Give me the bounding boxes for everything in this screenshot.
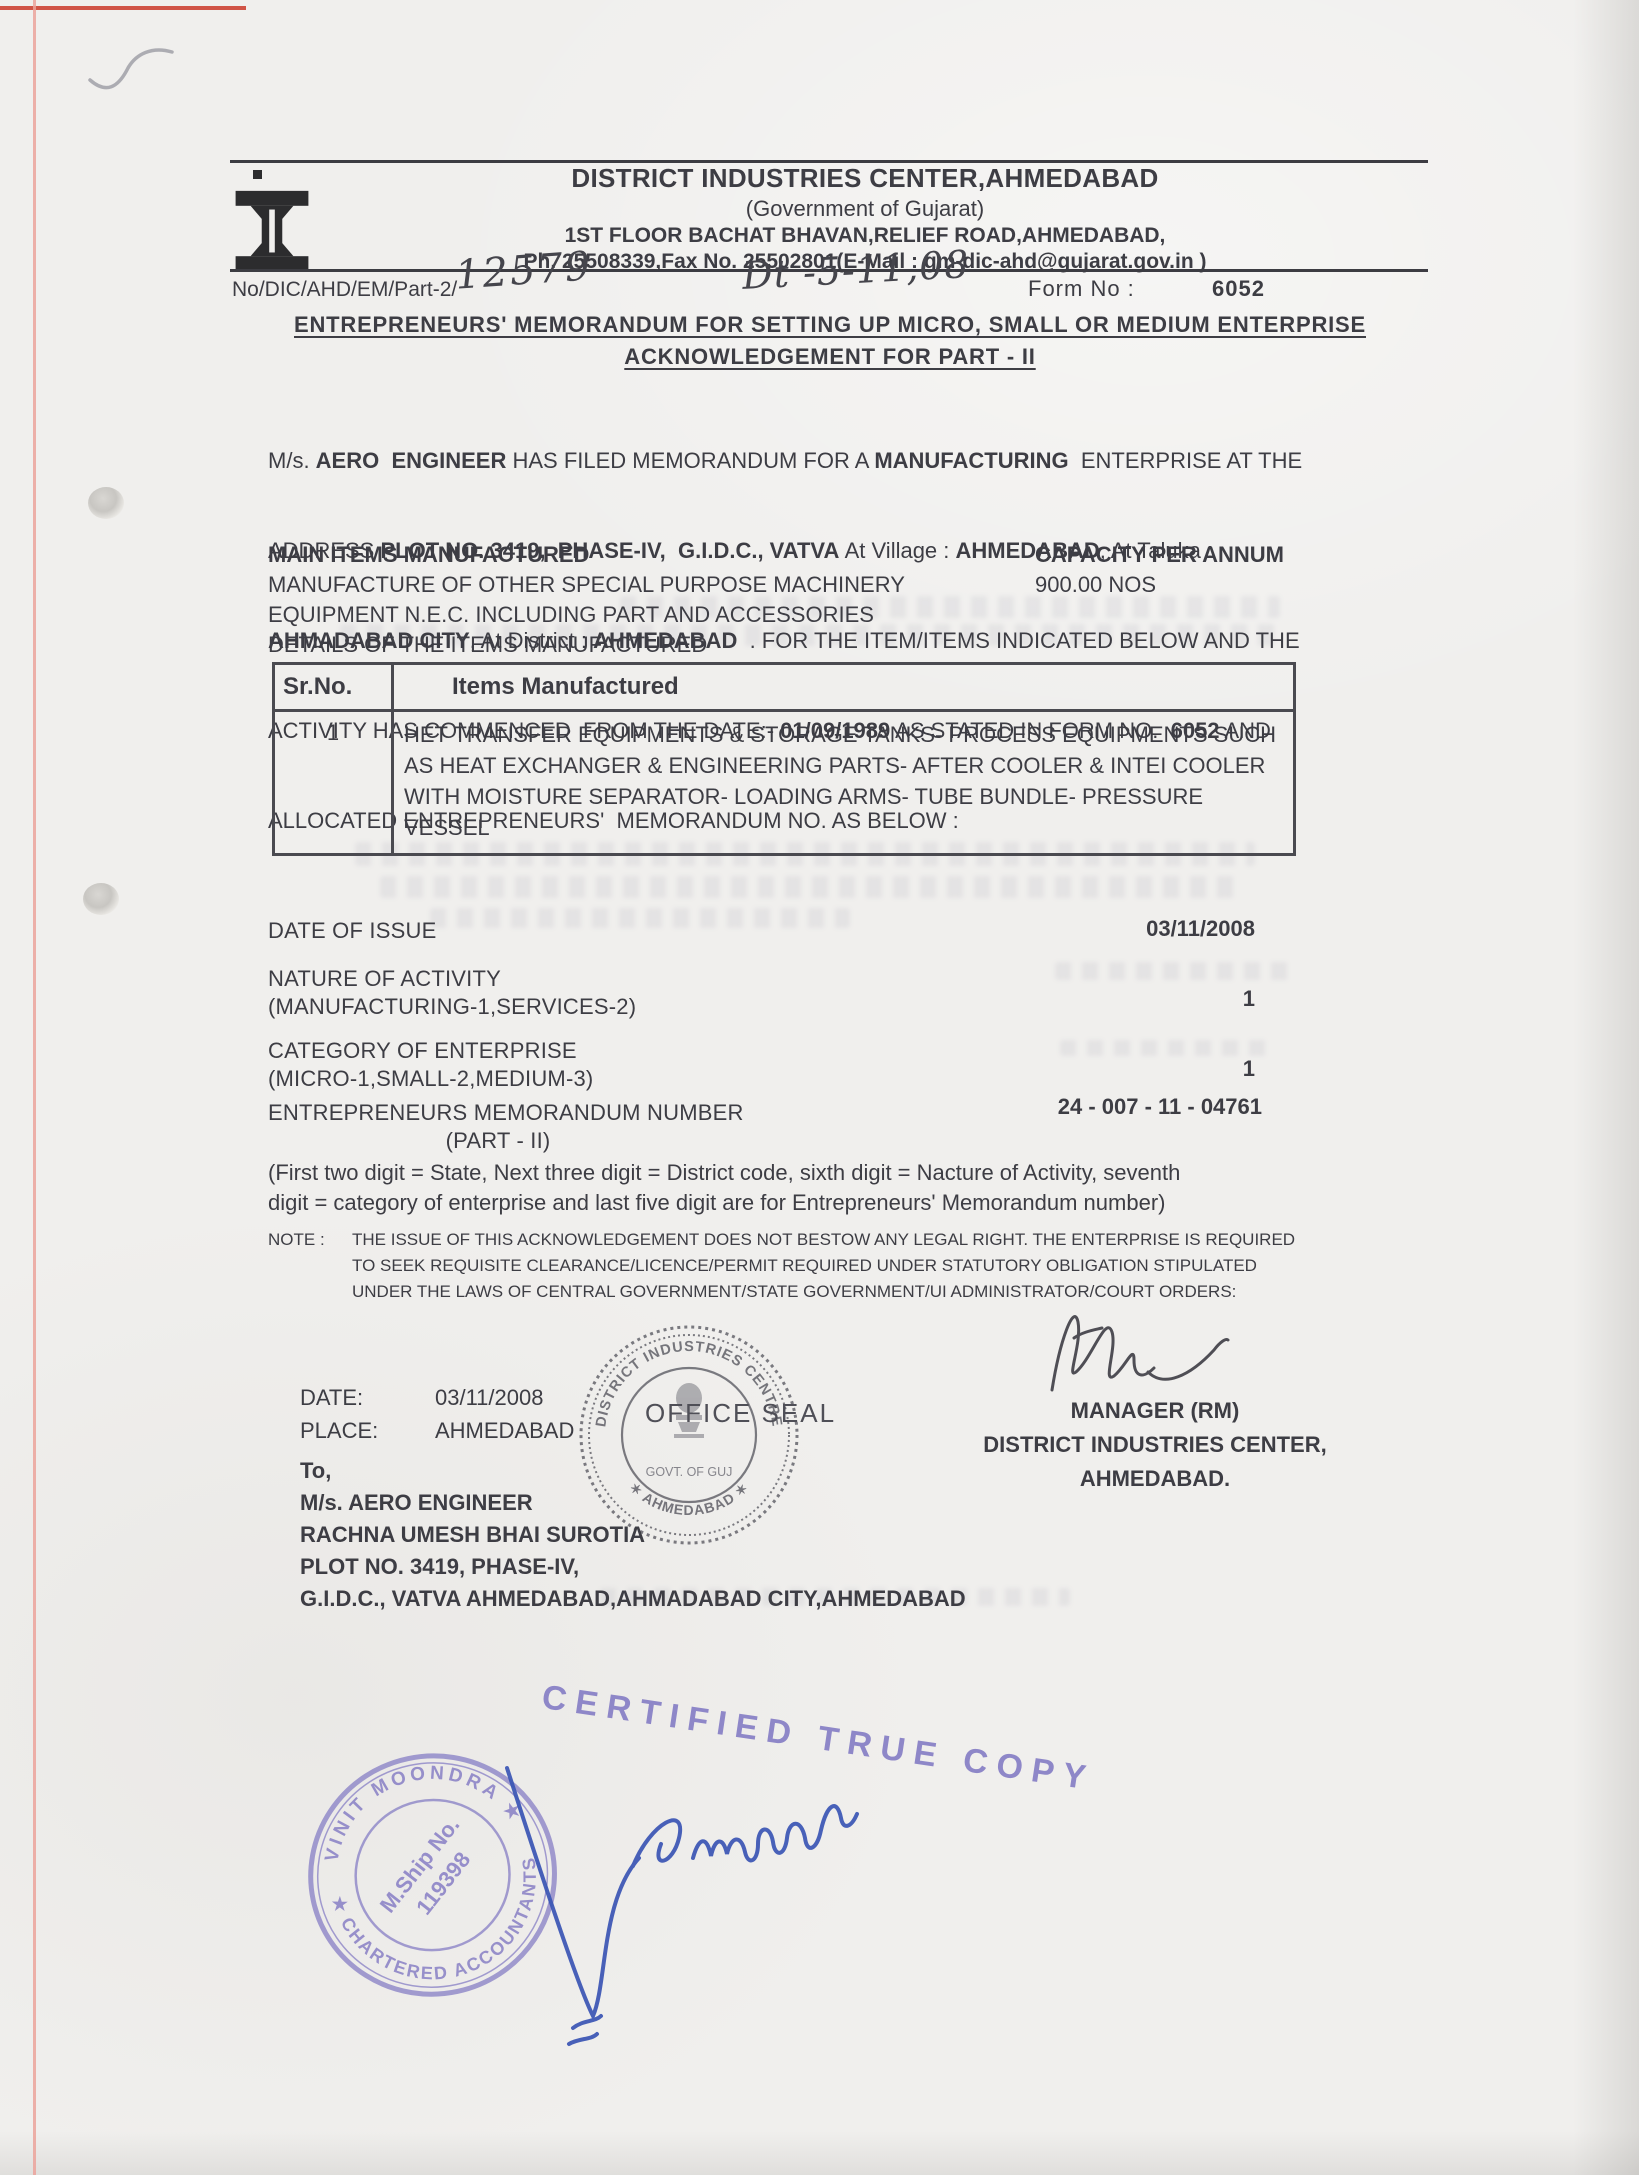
digit-note-line2: digit = category of enterprise and last … (268, 1190, 1165, 1216)
pencil-checkmark (84, 42, 184, 102)
main-items-line3: DETAILS OF THE ITEMS MANUFACTURED (268, 632, 707, 658)
note-line2: TO SEEK REQUISITE CLEARANCE/LICENCE/PERM… (352, 1256, 1257, 1276)
intro-text: At Village : (845, 538, 956, 563)
scanner-edge-shadow-right (1573, 0, 1639, 2175)
issue-date-value: 03/11/2008 (435, 1385, 543, 1411)
ref-number-handwritten: 12579 (454, 243, 594, 298)
addressee-line2: RACHNA UMESH BHAI SUROTIA (300, 1522, 645, 1548)
field-value-nature-of-activity: 1 (895, 986, 1255, 1012)
ref-label: No/DIC/AHD/EM/Part-2/ (232, 278, 457, 302)
field-label-nature-of-activity: NATURE OF ACTIVITY (268, 966, 501, 992)
cell-srno: 1 (274, 711, 393, 855)
gov-line: (Government of Gujarat) (380, 196, 1350, 222)
intro-line: M/s. AERO ENGINEER HAS FILED MEMORANDUM … (268, 446, 1368, 476)
form-no-value: 6052 (1212, 276, 1265, 302)
field-sub-nature-of-activity: (MANUFACTURING-1,SERVICES-2) (268, 994, 636, 1020)
bleed-through-text (1060, 1040, 1270, 1056)
signatory-title: MANAGER (RM) (950, 1398, 1360, 1424)
org-name: DISTRICT INDUSTRIES CENTER,AHMEDABAD (380, 163, 1350, 194)
field-label-em-number: ENTREPRENEURS MEMORANDUM NUMBER (268, 1100, 744, 1126)
signatory-org: DISTRICT INDUSTRIES CENTER, (950, 1432, 1360, 1458)
digit-note-line1: (First two digit = State, Next three dig… (268, 1160, 1180, 1186)
org-address: 1ST FLOOR BACHAT BHAVAN,RELIEF ROAD,AHME… (380, 224, 1350, 248)
col-header-srno: Sr.No. (274, 664, 393, 711)
field-sub-category: (MICRO-1,SMALL-2,MEDIUM-3) (268, 1066, 593, 1092)
field-sub-em-number: (PART - II) (268, 1128, 728, 1154)
intro-text: . FOR THE ITEM/ITEMS INDICATED BELOW AND… (737, 628, 1299, 653)
hole-punch-mark (83, 883, 119, 915)
manager-signature (1022, 1292, 1252, 1407)
field-label-date-of-issue: DATE OF ISSUE (268, 918, 436, 944)
office-seal-label: OFFICE SEAL (645, 1398, 836, 1429)
scanned-document-page: { "header": { "org_name": "DISTRICT INDU… (0, 0, 1639, 2175)
intro-text-bold: AERO ENGINEER (316, 448, 513, 473)
accountant-signature (455, 1740, 885, 2060)
office-seal-stamp: DISTRICT INDUSTRIES CENTRE ✶ AHMEDABAD ✶… (570, 1316, 808, 1554)
signatory-block: MANAGER (RM) DISTRICT INDUSTRIES CENTER,… (950, 1398, 1360, 1492)
items-table-header-row: Sr.No. Items Manufactured (274, 664, 1295, 711)
intro-text-bold: MANUFACTURING (874, 448, 1068, 473)
hole-punch-mark (88, 487, 124, 519)
bleed-through-text (430, 908, 850, 928)
note-label: NOTE : (268, 1230, 325, 1250)
main-items-line1: MANUFACTURE OF OTHER SPECIAL PURPOSE MAC… (268, 572, 905, 598)
note-line1: THE ISSUE OF THIS ACKNOWLEDGEMENT DOES N… (352, 1230, 1295, 1250)
addressee-line1: M/s. AERO ENGINEER (300, 1490, 533, 1516)
main-items-label: MAIN ITEMS MANUFACTURED (268, 542, 589, 568)
issue-place-value: AHMEDABAD (435, 1418, 574, 1444)
items-table: Sr.No. Items Manufactured 1 HET TRANSFER… (272, 662, 1296, 856)
main-items-line2: EQUIPMENT N.E.C. INCLUDING PART AND ACCE… (268, 602, 874, 628)
capacity-value: 900.00 NOS (1035, 572, 1156, 598)
intro-text: ENTERPRISE AT THE (1069, 448, 1303, 473)
col-header-items: Items Manufactured (393, 664, 1295, 711)
pink-edge-line-left (33, 0, 36, 2175)
addressee-to: To, (300, 1458, 331, 1484)
capacity-label: CAPACITY PER ANNUM (1035, 542, 1284, 568)
title-line2: ACKNOWLEDGEMENT FOR PART - II (230, 344, 1430, 370)
field-value-em-number: 24 - 007 - 11 - 04761 (895, 1094, 1262, 1120)
issue-date-label: DATE: (300, 1385, 363, 1411)
issue-place-label: PLACE: (300, 1418, 378, 1444)
scanner-edge-shadow-bottom (0, 2131, 1639, 2175)
bleed-through-text (380, 876, 1240, 898)
addressee-line4: G.I.D.C., VATVA AHMEDABAD,AHMADABAD CITY… (300, 1586, 966, 1612)
field-value-category: 1 (895, 1056, 1255, 1082)
field-label-category: CATEGORY OF ENTERPRISE (268, 1038, 577, 1064)
items-table-row: 1 HET TRANSFER EQUIPMENTS & STORAGE TANK… (274, 711, 1295, 855)
title-line1: ENTREPRENEURS' MEMORANDUM FOR SETTING UP… (230, 312, 1430, 338)
signatory-city: AHMEDABAD. (950, 1466, 1360, 1492)
logo-dot (253, 170, 262, 179)
cell-item: HET TRANSFER EQUIPMENTS & STORAGE TANKS-… (393, 711, 1295, 855)
intro-text: M/s. (268, 448, 316, 473)
document-title: ENTREPRENEURS' MEMORANDUM FOR SETTING UP… (230, 312, 1430, 370)
seal-govt-text: GOVT. OF GUJ (646, 1465, 733, 1479)
addressee-line3: PLOT NO. 3419, PHASE-IV, (300, 1554, 579, 1580)
bleed-through-text (1055, 962, 1295, 980)
intro-text: HAS FILED MEMORANDUM FOR A (512, 448, 874, 473)
dic-logo (230, 190, 314, 272)
red-edge-line-top (0, 6, 246, 10)
field-value-date-of-issue: 03/11/2008 (895, 916, 1255, 942)
form-no-label: Form No : (1028, 276, 1135, 302)
